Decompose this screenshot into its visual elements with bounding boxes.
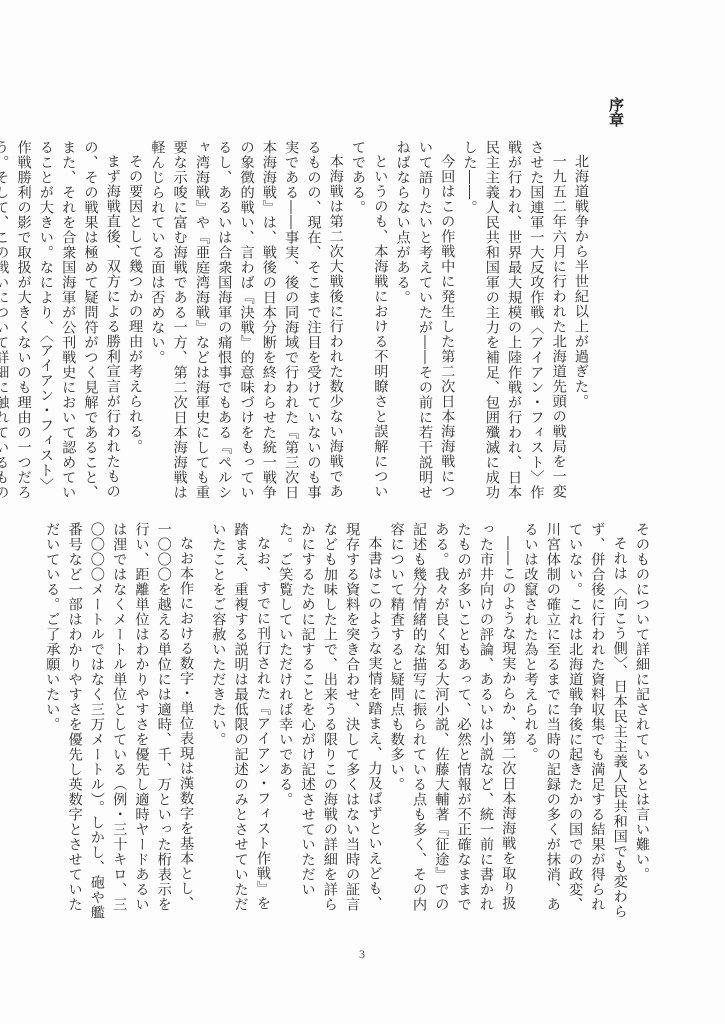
lower-text-block: そのものについて詳細に記されているとは言い難い。 それは〈向こう側〉、日本民主主… xyxy=(41,522,653,922)
paragraph: 今回はこの作戦中に発生した第二次日本海海戦について語りたいと考えていたが――その… xyxy=(391,140,458,500)
chapter-title: 序章 xyxy=(606,97,626,127)
paragraph: というのも、本海戦における不明瞭さと誤解についてである。 xyxy=(347,140,392,500)
paragraph: なお、すでに刊行された『アイアン・フィスト作戦』を踏まえ、重複する説明は最低限の… xyxy=(207,522,274,922)
paragraph: 一九五二年六月に行われた北海道先頭の戦局を一変させた国連軍一大反攻作戦〈アイアン… xyxy=(458,140,569,500)
upper-text-block: 北海道戦争から半世紀以上が過ぎた。 一九五二年六月に行われた北海道先頭の戦局を一… xyxy=(0,140,592,500)
document-page: 序章 北海道戦争から半世紀以上が過ぎた。 一九五二年六月に行われた北海道先頭の戦… xyxy=(0,0,725,1024)
paragraph: 北海道戦争から半世紀以上が過ぎた。 xyxy=(570,140,592,500)
paragraph: まず海戦直後、双方による勝利宣言が行われたものの、その戦果は極めて疑問符がつく見… xyxy=(0,140,124,500)
page-number: 3 xyxy=(352,947,372,962)
paragraph: その要因として幾つかの理由が考えられる。 xyxy=(124,140,146,500)
paragraph: なお本作における数字・単位表現は漢数字を基本とし、一〇〇〇を越える単位には適時、… xyxy=(41,522,197,922)
paragraph: ――このような現実からか、第二次日本海海戦を取り扱った市井向けの評論、あるいは小… xyxy=(385,522,519,922)
paragraph: そのものについて詳細に記されているとは言い難い。 xyxy=(631,522,653,922)
paragraph: それは〈向こう側〉、日本民主主義人民共和国でも変わらず、併合後に行われた資料収集… xyxy=(519,522,630,922)
paragraph: 本海戦は第二次大戦後に行われた数少ない海戦であるものの、現在、そこまで注目を受け… xyxy=(146,140,347,500)
paragraph: 本書はこのような実情を踏まえ、力及ばずといえども、現存する資料を突き合わせ、決し… xyxy=(274,522,385,922)
